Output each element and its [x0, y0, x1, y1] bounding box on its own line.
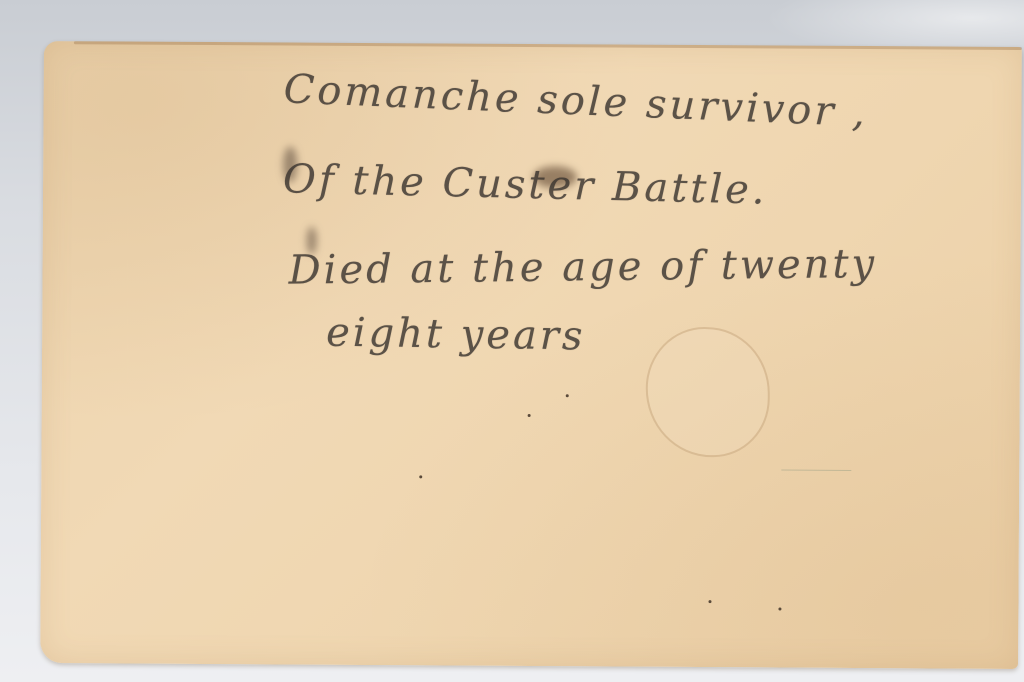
note-line-3: Died at the age of twenty	[288, 241, 877, 294]
aged-card: Comanche sole survivor , Of the Custer B…	[40, 41, 1022, 669]
note-line-1: Comanche sole survivor ,	[283, 66, 869, 136]
note-line-4: eight years	[326, 310, 586, 360]
note-line-2: Of the Custer Battle.	[283, 156, 769, 213]
handwritten-note: Comanche sole survivor , Of the Custer B…	[40, 41, 1022, 669]
